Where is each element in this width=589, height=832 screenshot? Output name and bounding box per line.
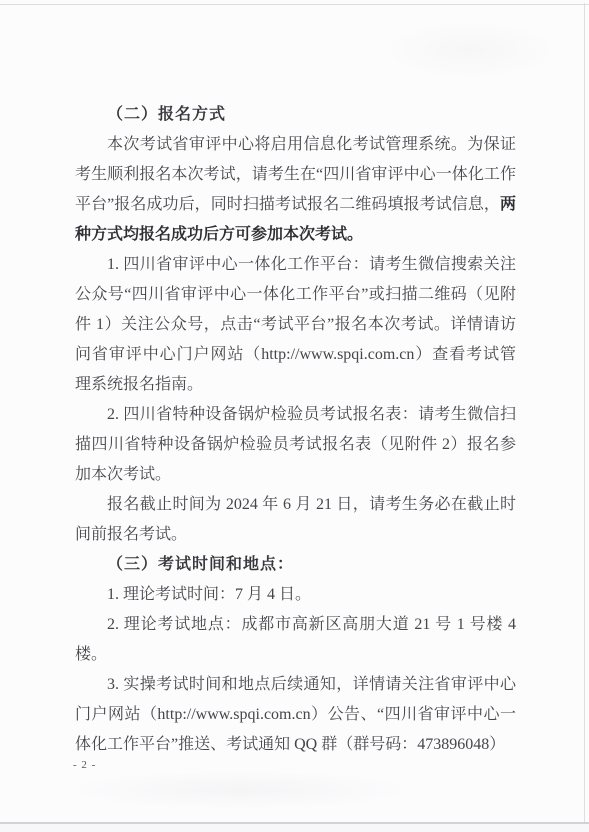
document-body: （二）报名方式 本次考试省审评中心将启用信息化考试管理系统。为保证考生顺利报名本… (75, 100, 516, 760)
scan-smudge (60, 770, 420, 810)
scan-edge-top (0, 4, 589, 5)
paragraph-deadline: 报名截止时间为 2024 年 6 月 21 日，请考生务必在截止时间前报名考试。 (75, 490, 516, 550)
list-item-platform: 1. 四川省审评中心一体化工作平台：请考生微信搜索关注公众号“四川省审评中心一体… (75, 250, 516, 400)
scan-edge-bottom (0, 822, 589, 824)
list-item-practical-exam-notice: 3. 实操考试时间和地点后续通知，详情请关注省审评中心门户网站（http://w… (75, 670, 516, 760)
section-heading-exam-time-place: （三）考试时间和地点： (75, 550, 516, 580)
scan-smudge (380, 20, 560, 80)
list-item-boiler-inspector-form: 2. 四川省特种设备锅炉检验员考试报名表：请考生微信扫描四川省特种设备锅炉检验员… (75, 400, 516, 490)
scan-edge-bottom-strip (0, 824, 589, 832)
scan-edge-right (584, 3, 585, 822)
paragraph-intro-text: 本次考试省审评中心将启用信息化考试管理系统。为保证考生顺利报名本次考试，请考生在… (75, 136, 516, 213)
list-item-theory-exam-place: 2. 理论考试地点：成都市高新区高朋大道 21 号 1 号楼 4 楼。 (75, 610, 516, 670)
document-page: （二）报名方式 本次考试省审评中心将启用信息化考试管理系统。为保证考生顺利报名本… (0, 0, 589, 832)
list-item-theory-exam-time: 1. 理论考试时间：7 月 4 日。 (75, 580, 516, 610)
paragraph-intro: 本次考试省审评中心将启用信息化考试管理系统。为保证考生顺利报名本次考试，请考生在… (75, 130, 516, 250)
section-heading-registration-method: （二）报名方式 (75, 100, 516, 130)
